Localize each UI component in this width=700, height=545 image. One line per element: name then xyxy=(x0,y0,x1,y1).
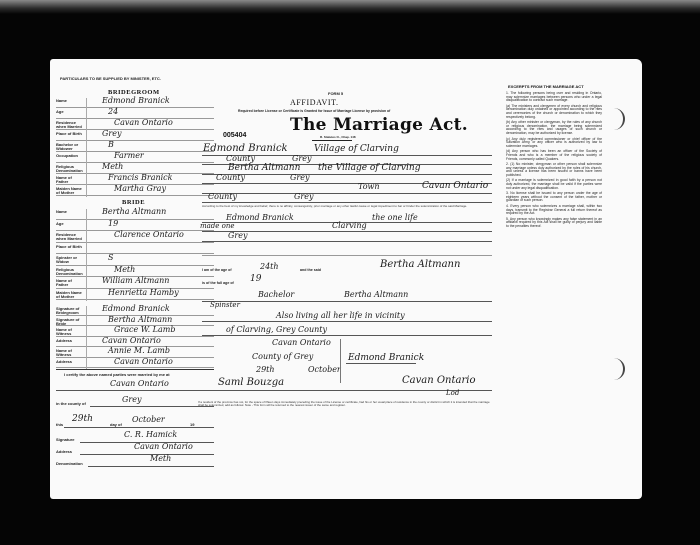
scanner-edge xyxy=(0,0,700,14)
groom-field-value: B xyxy=(108,140,114,149)
officiant-denomination: Meth xyxy=(150,454,171,463)
marriage-county: County xyxy=(208,192,237,201)
bride-field-value: 19 xyxy=(108,219,118,228)
groom-field-value: Grey xyxy=(102,129,121,138)
certification-place: Cavan Ontario xyxy=(110,379,169,388)
bride-field-label: Name of Father xyxy=(56,279,84,287)
county-label: in the county of xyxy=(56,401,86,406)
bride-age-affidavit: 19 xyxy=(250,274,261,284)
excerpt-paragraph: 2. (1) No minister, clergyman or other p… xyxy=(506,163,602,177)
signature-field-value: Bertha Altmann xyxy=(108,315,172,324)
certification-text: I certify the above named parties were m… xyxy=(64,372,170,377)
act-reference: R. Statutes O., Chap. 148 xyxy=(320,135,356,139)
residence-note-2: of Clarving, Grey County xyxy=(226,325,327,334)
groom-field-value: Cavan Ontario xyxy=(114,118,173,127)
groom-field-label: Bachelor or Widower xyxy=(56,143,84,151)
bride-field-label: Maiden Name of Mother xyxy=(56,291,84,299)
excerpt-paragraph: 5. Any person who knowingly makes any fa… xyxy=(506,218,602,229)
bride-field-value: Bertha Altmann xyxy=(102,207,166,216)
certification-day: 29th xyxy=(72,414,93,424)
deponent-signature: Edmond Branick xyxy=(348,353,424,363)
serial-number: 005404 xyxy=(223,132,246,139)
affiant-county: County xyxy=(226,154,255,163)
bridegroom-heading: BRIDEGROOM xyxy=(108,89,160,96)
age-label: I am of the age of xyxy=(202,268,232,272)
bride-field-label: Religious Denomination xyxy=(56,268,84,276)
signature-field-value: Edmond Branick xyxy=(102,304,170,313)
para2-county: Grey xyxy=(228,231,247,240)
officiant-signature: C. R. Hamick xyxy=(124,430,177,439)
sworn-month: October xyxy=(308,365,341,374)
bride-field-label: Residence when Married xyxy=(56,233,84,241)
and-label: and the said xyxy=(300,268,321,272)
para2-duration: made one xyxy=(200,222,235,230)
groom-field-label: Residence when Married xyxy=(56,121,84,129)
excerpt-paragraph: (a) The ministers and clergymen of every… xyxy=(506,105,602,119)
marriage-affidavit-document: PARTICULARS TO BE SUPPLIED BY MINISTER, … xyxy=(50,59,642,499)
issuer-place: Cavan Ontario xyxy=(402,375,475,386)
groom-field-value: 24 xyxy=(108,107,118,116)
excerpt-paragraph: 4. Every person who solemnizes a marriag… xyxy=(506,205,602,216)
bride-name-age-line: Bertha Altmann xyxy=(380,259,460,270)
signature-field-label: Address xyxy=(56,339,84,343)
certification-month: October xyxy=(132,415,165,424)
punch-hole-mark-bottom xyxy=(613,358,625,380)
impediment-paragraph: According to the best of my knowledge an… xyxy=(202,205,494,208)
groom-field-label: Place of Birth xyxy=(56,132,84,136)
form-title: AFFIDAVIT. xyxy=(290,98,339,107)
groom-field-value: Farmer xyxy=(114,151,144,160)
sworn-place: Cavan Ontario xyxy=(272,338,331,347)
bride-field-value: Clarence Ontario xyxy=(114,230,184,239)
bride-field-label: Place of Birth xyxy=(56,245,84,249)
bride-field-value: Henrietta Hamby xyxy=(108,288,179,297)
issuer-note: Lod xyxy=(446,389,459,397)
day-label: this xyxy=(56,422,63,427)
bride-status: Spinster xyxy=(210,301,240,309)
bride-age-label: is of the full age of xyxy=(202,281,234,285)
signature-field-value: Cavan Ontario xyxy=(102,336,161,345)
excerpt-paragraph: 1. The following persons being over and … xyxy=(506,92,602,103)
excerpts-body: 1. The following persons being over and … xyxy=(506,92,602,231)
groom-age-affidavit: 24th xyxy=(260,262,279,271)
groom-field-label: Religious Denomination xyxy=(56,165,84,173)
groom-field-label: Name of Father xyxy=(56,176,84,184)
affiant-name: Edmond Branick xyxy=(203,143,288,154)
para2-name: Edmond Branick xyxy=(226,213,294,222)
act-title: The Marriage Act. xyxy=(290,115,468,135)
excerpt-paragraph: 3. No license shall be issued to any per… xyxy=(506,192,602,203)
bride-field-value: William Altmann xyxy=(102,276,169,285)
bride-field-label: Age xyxy=(56,222,84,226)
excerpt-paragraph: (c) Any duly registered commissioner or … xyxy=(506,138,602,149)
residence-note: Also living all her life in vicinity xyxy=(276,311,405,320)
groom-field-label: Occupation xyxy=(56,154,84,158)
para2-resided: the one life xyxy=(372,213,418,222)
excerpt-paragraph: (b) Any other minister or clergyman, by … xyxy=(506,121,602,135)
officiant-address: Cavan Ontario xyxy=(134,442,193,451)
signature-field-value: Annie M. Lamb xyxy=(108,346,170,355)
form-subtitle: Required before License or Certificate i… xyxy=(238,109,390,113)
bride-field-value: S xyxy=(108,253,113,262)
affiant-county-name: Grey xyxy=(292,154,311,163)
signature-field-value: Cavan Ontario xyxy=(114,357,173,366)
form-label: FORM 5 xyxy=(328,91,343,96)
affiant-residence: Village of Clarving xyxy=(314,144,399,154)
issuer-signature: Saml Bouzga xyxy=(218,377,284,388)
bride-field-label: Name xyxy=(56,210,84,214)
excerpts-heading: EXCERPTS FROM THE MARRIAGE ACT xyxy=(508,84,600,89)
groom-field-value: Meth xyxy=(102,162,123,171)
excerpt-paragraph: (2) If a marriage is solemnized in good … xyxy=(506,179,602,190)
groom-field-label: Name xyxy=(56,99,84,103)
groom-field-label: Age xyxy=(56,110,84,114)
groom-field-value: Francis Branick xyxy=(108,173,173,182)
bride-county: County xyxy=(216,173,245,182)
sworn-day: 29th xyxy=(256,365,275,374)
sworn-county: County of Grey xyxy=(252,352,313,361)
bride-heading: BRIDE xyxy=(122,199,145,206)
para2-place: Clarving xyxy=(332,221,367,230)
signature-field-value: Grace W. Lamb xyxy=(114,325,175,334)
groom-status: Bachelor xyxy=(258,290,294,299)
marriage-county-name: Grey xyxy=(294,192,313,201)
bride-county-name: Grey xyxy=(290,173,309,182)
bride-field-value: Meth xyxy=(114,265,135,274)
groom-field-value: Edmond Branick xyxy=(102,96,170,105)
groom-field-label: Maiden Name of Mother xyxy=(56,187,84,195)
signature-field-label: Address xyxy=(56,360,84,364)
signature-label: Signature xyxy=(56,437,74,442)
affidavit-footnote: If a resident of the province has not, f… xyxy=(198,401,494,408)
marriage-place-type: Town xyxy=(358,182,380,191)
bride-field-label: Spinster or Widow xyxy=(56,256,84,264)
particulars-header: PARTICULARS TO BE SUPPLIED BY MINISTER, … xyxy=(60,76,161,81)
punch-hole-mark-top xyxy=(613,108,625,130)
marriage-place: Cavan Ontario xyxy=(422,181,488,191)
bride-residence-affidavit: the Village of Clarving xyxy=(318,163,420,173)
excerpt-paragraph: (d) Any person who has been an officer o… xyxy=(506,150,602,161)
bride-name-affidavit: Bertha Altmann xyxy=(228,163,300,173)
groom-field-value: Martha Gray xyxy=(114,184,166,193)
certification-county: Grey xyxy=(122,395,141,404)
address-label: Address xyxy=(56,449,72,454)
denomination-label: Denomination xyxy=(56,461,83,466)
bride-name-status-line: Bertha Altmann xyxy=(344,290,408,299)
